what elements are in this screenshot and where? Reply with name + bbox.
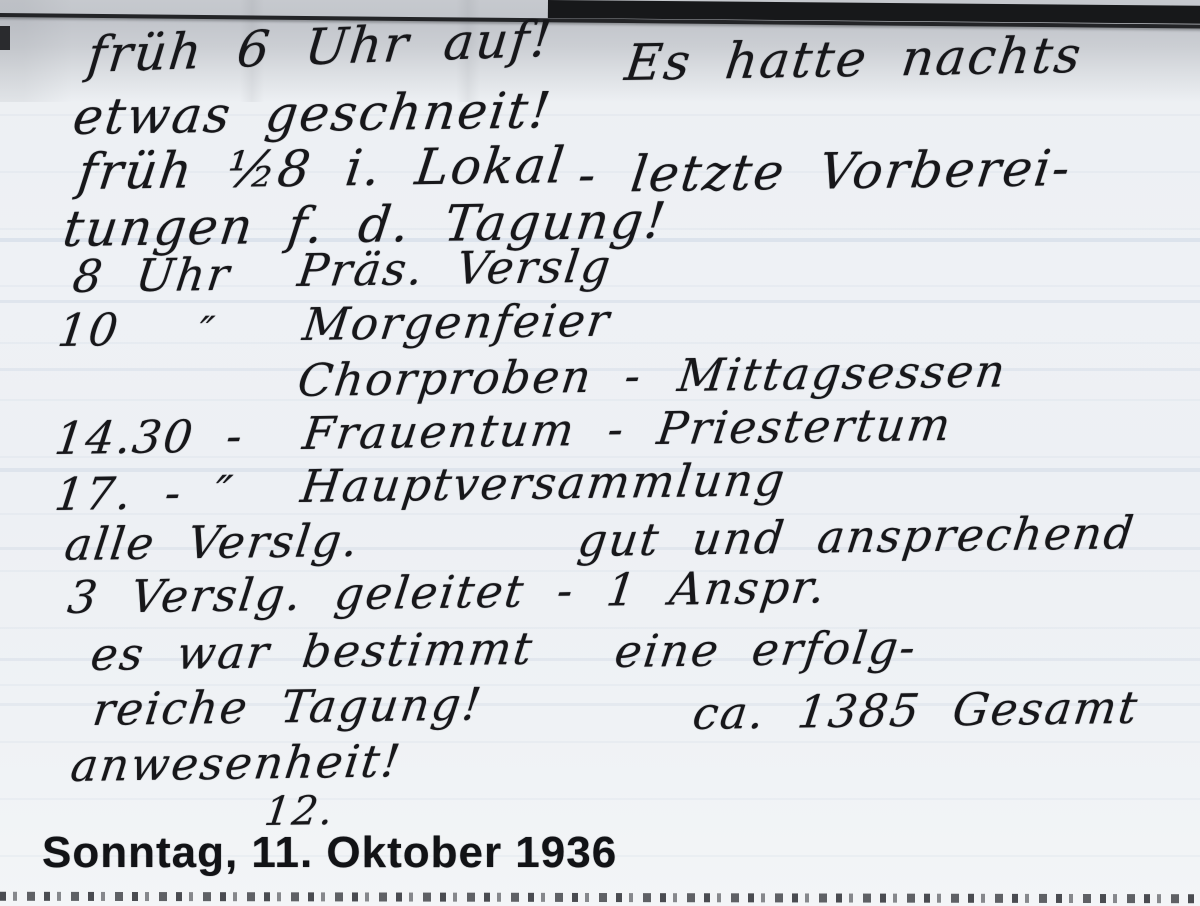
- scan-corner-mark: [0, 26, 10, 50]
- handwriting-segment: alle Verslg.: [62, 516, 362, 570]
- handwriting-segment: 8 Uhr: [70, 250, 234, 302]
- handwriting-segment: 14.30 -: [52, 411, 247, 463]
- ditto-mark: ″: [196, 310, 219, 354]
- handwriting-segment: 3 Verslg. geleitet - 1 Anspr.: [65, 562, 830, 622]
- handwriting-segment: Hauptversammlung: [298, 455, 789, 511]
- handwriting-segment: 17. - ″: [52, 468, 237, 520]
- handwriting-segment: Chorproben -: [295, 351, 645, 405]
- handwriting-segment: Es hatte nachts: [622, 28, 1086, 91]
- handwriting-segment: es war bestimmt: [88, 624, 537, 680]
- handwriting-segment: früh ½8 i. Lokal: [75, 138, 569, 200]
- handwriting-segment: anwesenheit!: [68, 736, 405, 790]
- handwriting-segment: 10: [55, 305, 123, 355]
- handwriting-segment: reiche Tagung!: [90, 680, 486, 735]
- handwriting-segment: ca. 1385 Gesamt: [690, 683, 1142, 739]
- handwriting-segment: Morgenfeier: [300, 296, 614, 350]
- handwriting-segment: etwas geschneit!: [70, 83, 555, 145]
- handwriting-segment: Mittagsessen: [675, 346, 1010, 400]
- diary-scan-page: früh 6 Uhr auf! Es hatte nachts etwas ge…: [0, 0, 1200, 906]
- scan-bottom-artifact: [0, 892, 1200, 904]
- handwriting-segment: Frauentum - Priestertum: [300, 400, 955, 459]
- printed-date: Sonntag, 11. Oktober 1936: [42, 828, 617, 878]
- handwriting-segment: Präs. Verslg: [295, 242, 615, 296]
- handwriting-segment: gut und ansprechend: [575, 508, 1138, 565]
- handwriting-segment: eine erfolg-: [612, 623, 920, 677]
